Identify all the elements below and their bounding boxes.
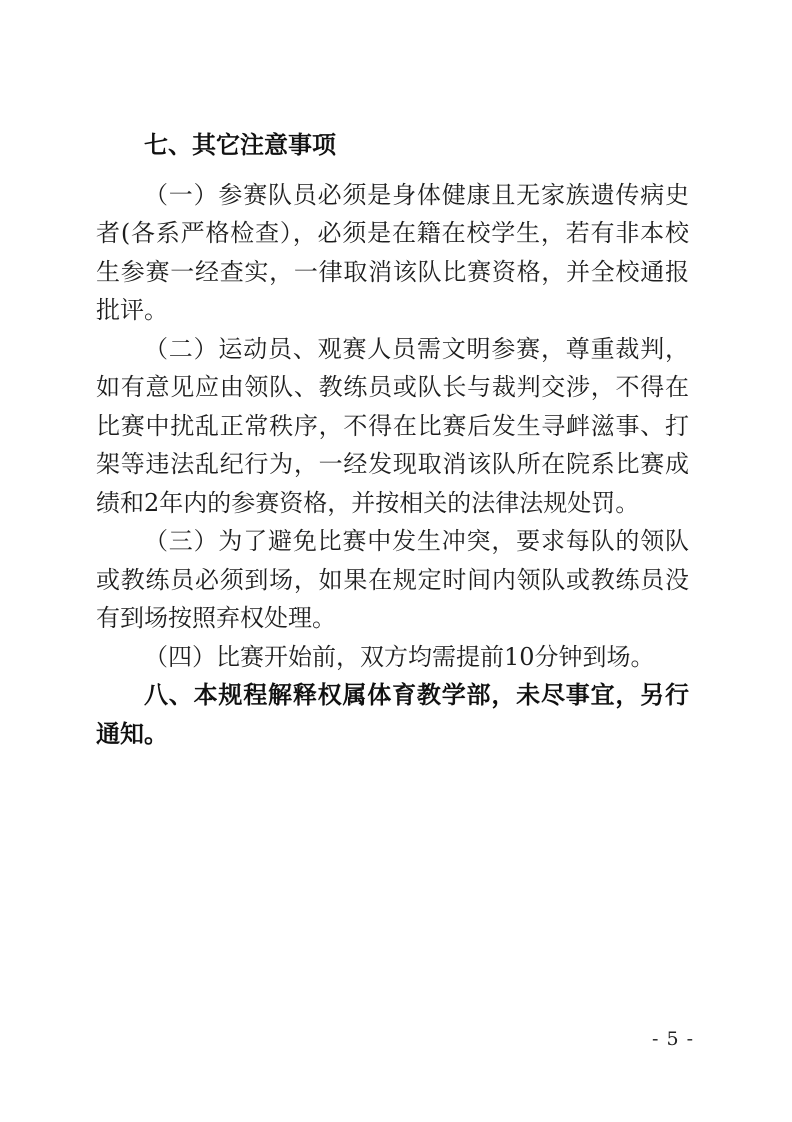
- text-line: 生参赛一经查实，一律取消该队比赛资格，并全校通报: [96, 253, 689, 292]
- text-line: 绩和2年内的参赛资格，并按相关的法律法规处罚。: [96, 484, 689, 523]
- text-line: 或教练员必须到场，如果在规定时间内领队或教练员没: [96, 561, 689, 600]
- text-line: （二）运动员、观赛人员需文明参赛，尊重裁判，: [96, 330, 689, 369]
- text-line: 者(各系严格检查），必须是在籍在校学生，若有非本校: [96, 214, 689, 253]
- document-page: 七、其它注意事项 （一）参赛队员必须是身体健康且无家族遗传病史 者(各系严格检查…: [0, 0, 792, 1122]
- text-line: （三）为了避免比赛中发生冲突，要求每队的领队: [96, 522, 689, 561]
- section-heading-seven: 七、其它注意事项: [96, 126, 689, 165]
- text-line: 批评。: [96, 291, 689, 330]
- text-line: 如有意见应由领队、教练员或队长与裁判交涉，不得在: [96, 368, 689, 407]
- document-body: 七、其它注意事项 （一）参赛队员必须是身体健康且无家族遗传病史 者(各系严格检查…: [96, 126, 689, 753]
- text-line: 比赛中扰乱正常秩序，不得在比赛后发生寻衅滋事、打: [96, 407, 689, 446]
- text-line: （四）比赛开始前，双方均需提前10分钟到场。: [96, 638, 689, 677]
- text-line: 有到场按照弃权处理。: [96, 599, 689, 638]
- text-line: （一）参赛队员必须是身体健康且无家族遗传病史: [96, 176, 689, 215]
- text-line: 架等违法乱纪行为，一经发现取消该队所在院系比赛成: [96, 445, 689, 484]
- section-heading-eight: 八、本规程解释权属体育教学部，未尽事宜，另行: [96, 676, 689, 715]
- section-heading-eight-continuation: 通知。: [96, 715, 689, 754]
- page-number: - 5 -: [640, 1028, 706, 1050]
